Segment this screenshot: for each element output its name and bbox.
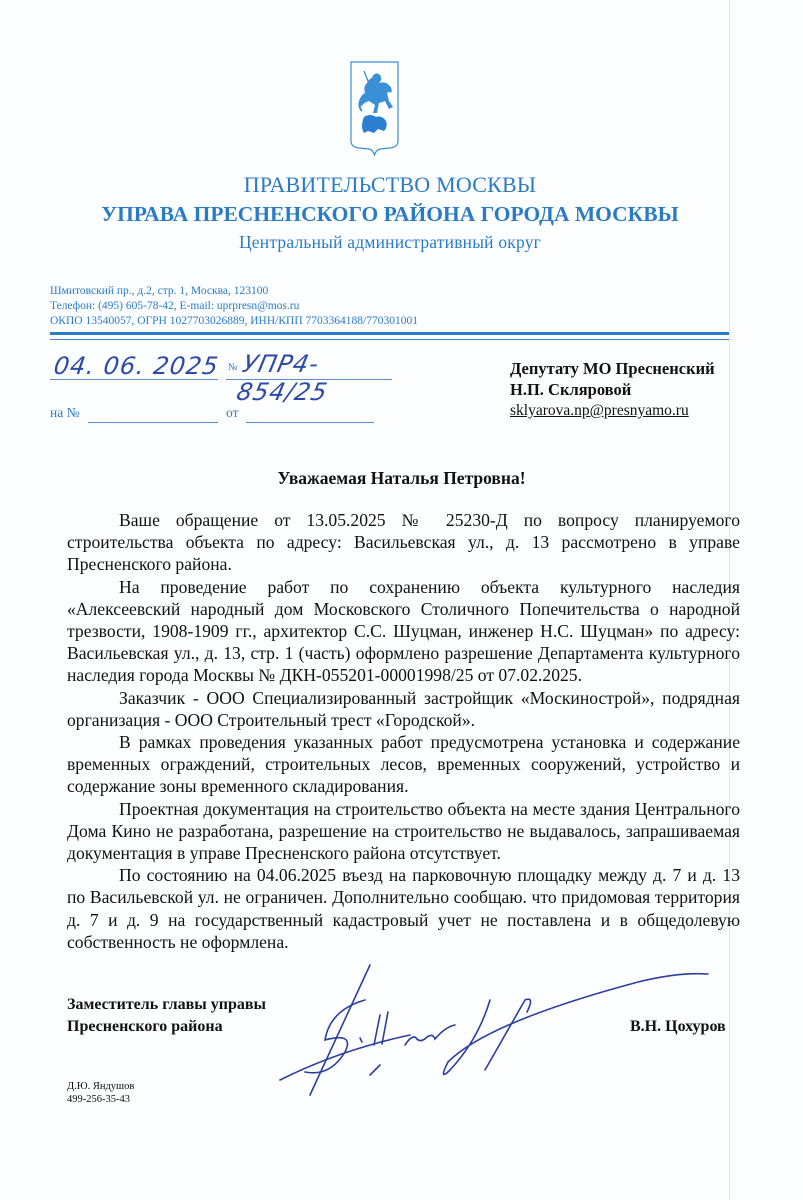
- ref-date-label: от: [226, 405, 238, 421]
- paragraph: По состоянию на 04.06.2025 въезд на парк…: [67, 864, 740, 953]
- registration-date: 04. 06. 2025: [52, 352, 221, 380]
- paragraph: Проектная документация на строительство …: [67, 798, 740, 865]
- paragraph: Ваше обращение от 13.05.2025 № 25230-Д п…: [67, 509, 740, 576]
- registration-row: 04. 06. 2025 № УПР4-854/25: [50, 350, 390, 380]
- executor-name: Д.Ю. Яндушов: [67, 1080, 134, 1093]
- signatory-title-line1: Заместитель главы управы: [67, 994, 266, 1016]
- addressee-name: Н.П. Скляровой: [510, 379, 715, 400]
- contact-registry-codes: ОКПО 13540057, ОГРН 1027703026889, ИНН/К…: [50, 314, 418, 329]
- ref-number-label: на №: [50, 405, 79, 421]
- header-divider-thick: [50, 332, 729, 335]
- executor-block: Д.Ю. Яндушов 499-256-35-43: [67, 1080, 134, 1106]
- contact-phone-email: Телефон: (495) 605-78-42, E-mail: uprpre…: [50, 299, 418, 314]
- letter-body: Ваше обращение от 13.05.2025 № 25230-Д п…: [67, 509, 740, 953]
- contact-address: Шмитовский пр., д.2, стр. 1, Москва, 123…: [50, 284, 418, 299]
- ref-date-blank: [246, 422, 374, 423]
- letter-page: ПРАВИТЕЛЬСТВО МОСКВЫ УПРАВА ПРЕСНЕНСКОГО…: [0, 0, 803, 1200]
- signatory-title: Заместитель главы управы Пресненского ра…: [67, 994, 266, 1038]
- government-title: ПРАВИТЕЛЬСТВО МОСКВЫ: [0, 172, 780, 198]
- number-sign: №: [228, 362, 238, 373]
- addressee-block: Депутату МО Пресненский Н.П. Скляровой s…: [510, 358, 715, 421]
- signatory-name: В.Н. Цохуров: [630, 1018, 726, 1036]
- signatory-title-line2: Пресненского района: [67, 1016, 266, 1038]
- executor-phone: 499-256-35-43: [67, 1093, 134, 1106]
- addressee-email[interactable]: sklyarova.np@presnyamo.ru: [510, 400, 715, 421]
- moscow-coat-of-arms-icon: [350, 61, 399, 156]
- ref-number-blank: [88, 422, 218, 423]
- date-underline: [50, 379, 218, 380]
- contact-block: Шмитовский пр., д.2, стр. 1, Москва, 123…: [50, 284, 418, 329]
- header-divider-thin: [50, 339, 729, 340]
- addressee-position: Депутату МО Пресненский: [510, 358, 715, 379]
- organization-title: УПРАВА ПРЕСНЕНСКОГО РАЙОНА ГОРОДА МОСКВЫ: [0, 202, 780, 227]
- paragraph: В рамках проведения указанных работ пред…: [67, 731, 740, 798]
- number-underline: [226, 379, 392, 380]
- salutation: Уважаемая Наталья Петровна!: [0, 468, 803, 489]
- paragraph: На проведение работ по сохранению объект…: [67, 576, 740, 687]
- district-subtitle: Центральный административный округ: [0, 232, 780, 253]
- registration-number: УПР4-854/25: [234, 350, 396, 406]
- paragraph: Заказчик - ООО Специализированный застро…: [67, 687, 740, 731]
